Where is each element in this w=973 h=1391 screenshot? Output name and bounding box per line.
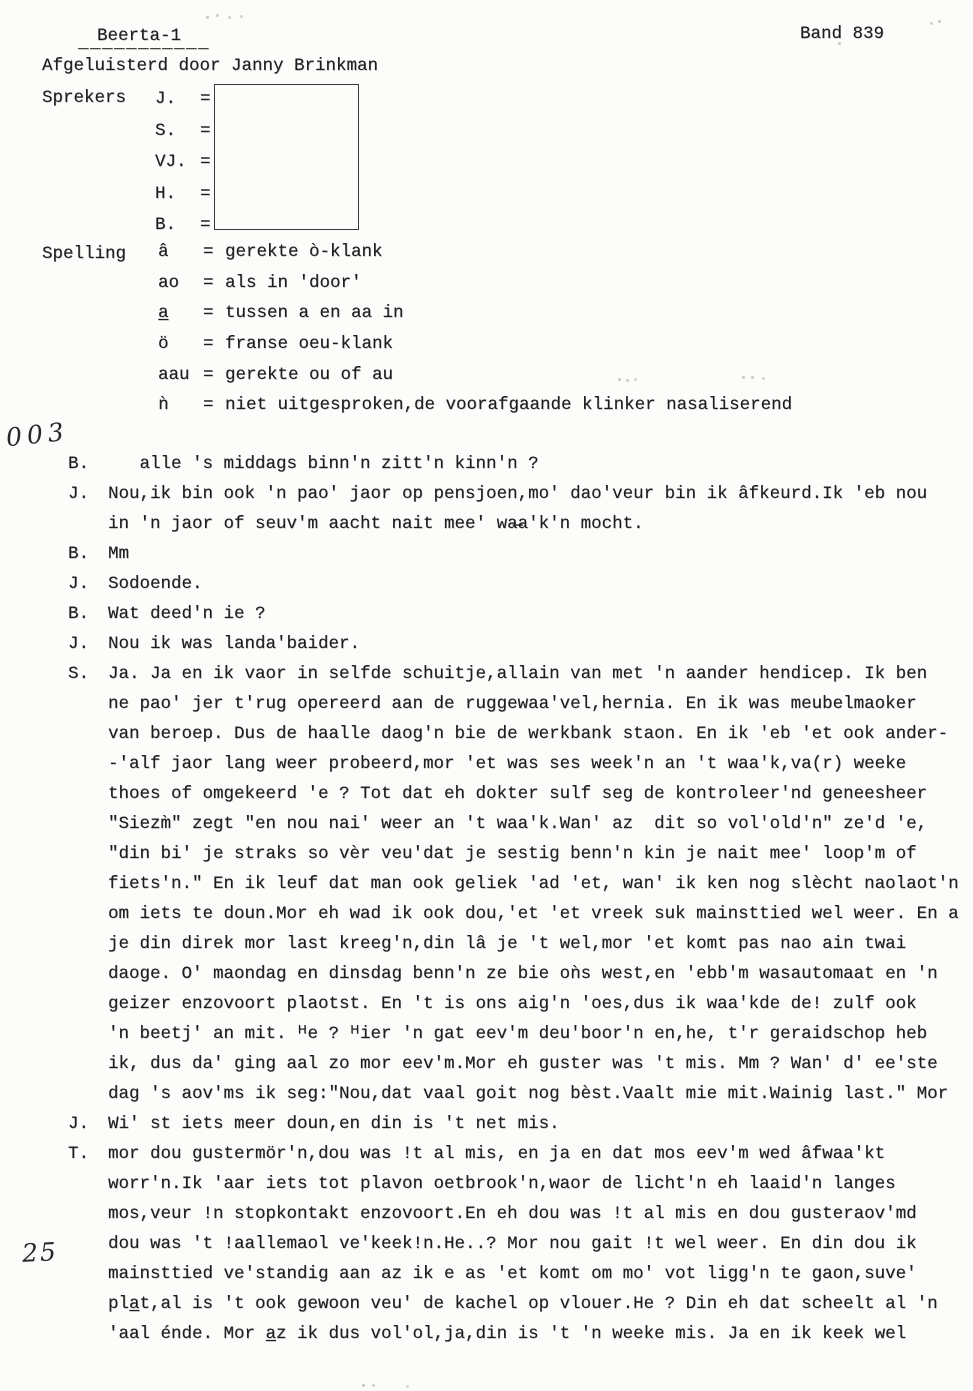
scan-artifact — [618, 378, 621, 381]
utterance-text: 'aal énde. Mor a̲z ik dus vol'ol,ja,din … — [108, 1319, 906, 1349]
scan-artifact — [742, 376, 745, 379]
spelling-symbol: a̲ — [158, 298, 169, 329]
spelling-symbol: aau — [158, 360, 190, 391]
utterance-text: Wi' st iets meer doun,en din is 't net m… — [108, 1109, 560, 1139]
equals-sign: = — [200, 179, 211, 211]
dialogue-line: J.Sodoende. — [0, 569, 973, 599]
equals-sign: = — [203, 268, 214, 299]
utterance-text: thoes of omgekeerd 'e ? Tot dat eh dokte… — [108, 779, 927, 809]
dialogue-line: B.Mm — [0, 539, 973, 569]
dialogue-transcript: B. alle 's middags binn'n zitt'n kinn'n … — [0, 449, 973, 1349]
dialogue-line: 'aal énde. Mor a̲z ik dus vol'ol,ja,din … — [0, 1319, 973, 1349]
spelling-entry: ǹ=niet uitgesproken,de voorafgaande klin… — [0, 390, 973, 421]
equals-sign: = — [200, 84, 211, 116]
speaker-abbr: S. — [68, 659, 89, 689]
utterance-text: in 'n jaor of seuv'm aacht nait mee' wa̶… — [108, 509, 644, 539]
dialogue-line: dag 's aov'ms ik seg:"Nou,dat vaal goit … — [0, 1079, 973, 1109]
utterance-text: Ja. Ja en ik vaor in selfde schuitje,all… — [108, 659, 927, 689]
utterance-text: ik, dus da' ging aal zo mor eev'm.Mor eh… — [108, 1049, 938, 1079]
spelling-entry: ao=als in 'door' — [0, 268, 973, 299]
speaker-abbr: J. — [68, 629, 89, 659]
utterance-text: 'n beetj' an mit. ᴴe ? ᴴier 'n gat eev'm… — [108, 1019, 927, 1049]
equals-sign: = — [200, 147, 211, 179]
dialogue-line: in 'n jaor of seuv'm aacht nait mee' wa̶… — [0, 509, 973, 539]
dialogue-line: om iets te doun.Mor eh wad ik ook dou,'e… — [0, 899, 973, 929]
spelling-symbol: ao — [158, 268, 179, 299]
equals-sign: = — [200, 116, 211, 148]
scan-artifact — [206, 16, 209, 19]
scan-artifact — [938, 20, 941, 23]
dialogue-line: ik, dus da' ging aal zo mor eev'm.Mor eh… — [0, 1049, 973, 1079]
utterance-text: Wat deed'n ie ? — [108, 599, 266, 629]
dialogue-line: geizer enzovoort plaotst. En 't is ons a… — [0, 989, 973, 1019]
dialogue-line: B. alle 's middags binn'n zitt'n kinn'n … — [0, 449, 973, 479]
scan-artifact — [838, 42, 841, 45]
spelling-entry: ö=franse oeu-klank — [0, 329, 973, 360]
utterance-text: Nou,ik bin ook 'n pao' jaor op pensjoen,… — [108, 479, 927, 509]
dialogue-line: T.mor dou gustermör'n,dou was !t al mis,… — [0, 1139, 973, 1169]
speaker-names-redaction-box — [214, 84, 359, 230]
dialogue-line: pla̲t,al is 't ook gewoon veu' de kachel… — [0, 1289, 973, 1319]
dialogue-line: worr'n.Ik 'aar iets tot plavon oetbrook'… — [0, 1169, 973, 1199]
transcriber-line: Afgeluisterd door Janny Brinkman — [42, 56, 378, 76]
dialogue-line: "Siezm̀" zegt "en nou nai' weer an 't wa… — [0, 809, 973, 839]
utterance-text: Nou ik was landa'baider. — [108, 629, 360, 659]
dialogue-line: van beroep. Dus de haalle daog'n bie de … — [0, 719, 973, 749]
spelling-entry: a̲=tussen a en aa in — [0, 298, 973, 329]
spelling-meaning: niet uitgesproken,de voorafgaande klinke… — [225, 390, 792, 421]
dialogue-line: ne pao' jer t'rug opereerd aan de ruggew… — [0, 689, 973, 719]
speaker-abbr: H. — [155, 179, 176, 211]
spelling-meaning: tussen a en aa in — [225, 298, 404, 329]
equals-sign: = — [203, 390, 214, 421]
spelling-meaning: franse oeu-klank — [225, 329, 393, 360]
utterance-text: -'alf jaor lang weer probeerd,mor 'et wa… — [108, 749, 906, 779]
utterance-text: "Siezm̀" zegt "en nou nai' weer an 't wa… — [108, 809, 927, 839]
dialogue-line: daoge. O' maondag en dinsdag benn'n ze b… — [0, 959, 973, 989]
dialogue-line: "din bi' je straks so vèr veu'dat je ses… — [0, 839, 973, 869]
dialogue-line: J.Wi' st iets meer doun,en din is 't net… — [0, 1109, 973, 1139]
utterance-text: geizer enzovoort plaotst. En 't is ons a… — [108, 989, 917, 1019]
title-underline: ___________ — [78, 33, 210, 53]
spelling-symbol: ö — [158, 329, 169, 360]
utterance-text: ne pao' jer t'rug opereerd aan de ruggew… — [108, 689, 917, 719]
utterance-text: "din bi' je straks so vèr veu'dat je ses… — [108, 839, 917, 869]
dialogue-line: 'n beetj' an mit. ᴴe ? ᴴier 'n gat eev'm… — [0, 1019, 973, 1049]
dialogue-line: thoes of omgekeerd 'e ? Tot dat eh dokte… — [0, 779, 973, 809]
utterance-text: van beroep. Dus de haalle daog'n bie de … — [108, 719, 948, 749]
dialogue-line: S.Ja. Ja en ik vaor in selfde schuitje,a… — [0, 659, 973, 689]
utterance-text: om iets te doun.Mor eh wad ik ook dou,'e… — [108, 899, 959, 929]
speaker-abbr: B. — [68, 599, 89, 629]
utterance-text: pla̲t,al is 't ook gewoon veu' de kachel… — [108, 1289, 938, 1319]
dialogue-line: fiets'n." En ik leuf dat man ook geliek … — [0, 869, 973, 899]
speaker-abbr: J. — [155, 84, 176, 116]
dialogue-line: mos,veur !n stopkontakt enzovoort.En eh … — [0, 1199, 973, 1229]
utterance-text: mos,veur !n stopkontakt enzovoort.En eh … — [108, 1199, 917, 1229]
dialogue-line: dou was 't !aallemaol ve'keek!n.He..? Mo… — [0, 1229, 973, 1259]
dialogue-line: J.Nou ik was landa'baider. — [0, 629, 973, 659]
margin-note-counter-003: 003 — [5, 417, 70, 452]
utterance-text: mainsttied ve'standig aan az ik e as 'et… — [108, 1259, 917, 1289]
utterance-text: alle 's middags binn'n zitt'n kinn'n ? — [108, 449, 539, 479]
utterance-text: worr'n.Ik 'aar iets tot plavon oetbrook'… — [108, 1169, 896, 1199]
speaker-abbr: J. — [68, 569, 89, 599]
dialogue-line: -'alf jaor lang weer probeerd,mor 'et wa… — [0, 749, 973, 779]
spelling-meaning: als in 'door' — [225, 268, 362, 299]
spelling-symbol: â — [158, 237, 169, 268]
equals-sign: = — [203, 360, 214, 391]
scanned-transcript-page: Beerta-1 ___________ Band 839 Afgeluiste… — [0, 0, 973, 1391]
utterance-text: dag 's aov'ms ik seg:"Nou,dat vaal goit … — [108, 1079, 948, 1109]
utterance-text: dou was 't !aallemaol ve'keek!n.He..? Mo… — [108, 1229, 917, 1259]
speaker-abbr: J. — [68, 1109, 89, 1139]
utterance-text: mor dou gustermör'n,dou was !t al mis, e… — [108, 1139, 885, 1169]
spelling-entry: aau=gerekte ou of au — [0, 360, 973, 391]
utterance-text: Sodoende. — [108, 569, 203, 599]
dialogue-line: je din direk mor last kreeg'n,din lâ je … — [0, 929, 973, 959]
dialogue-line: J.Nou,ik bin ook 'n pao' jaor op pensjoe… — [0, 479, 973, 509]
speaker-abbr: VJ. — [155, 147, 187, 179]
dialogue-line: B.Wat deed'n ie ? — [0, 599, 973, 629]
spelling-entry: â=gerekte ò-klank — [0, 237, 973, 268]
speaker-abbr: S. — [155, 116, 176, 148]
equals-sign: = — [203, 329, 214, 360]
utterance-text: Mm — [108, 539, 129, 569]
spelling-symbol: ǹ — [158, 390, 169, 421]
band-number: Band 839 — [800, 24, 884, 44]
dialogue-line: mainsttied ve'standig aan az ik e as 'et… — [0, 1259, 973, 1289]
equals-sign: = — [203, 237, 214, 268]
speaker-abbr: B. — [68, 449, 89, 479]
utterance-text: fiets'n." En ik leuf dat man ook geliek … — [108, 869, 959, 899]
equals-sign: = — [203, 298, 214, 329]
spelling-meaning: gerekte ò-klank — [225, 237, 383, 268]
utterance-text: daoge. O' maondag en dinsdag benn'n ze b… — [108, 959, 938, 989]
scan-artifact — [362, 1384, 365, 1387]
speaker-abbr: B. — [68, 539, 89, 569]
spelling-legend: â=gerekte ò-klankao=als in 'door'a̲=tuss… — [0, 237, 973, 421]
speaker-abbr: J. — [68, 479, 89, 509]
speaker-abbr: T. — [68, 1139, 89, 1169]
spelling-meaning: gerekte ou of au — [225, 360, 393, 391]
utterance-text: je din direk mor last kreeg'n,din lâ je … — [108, 929, 906, 959]
